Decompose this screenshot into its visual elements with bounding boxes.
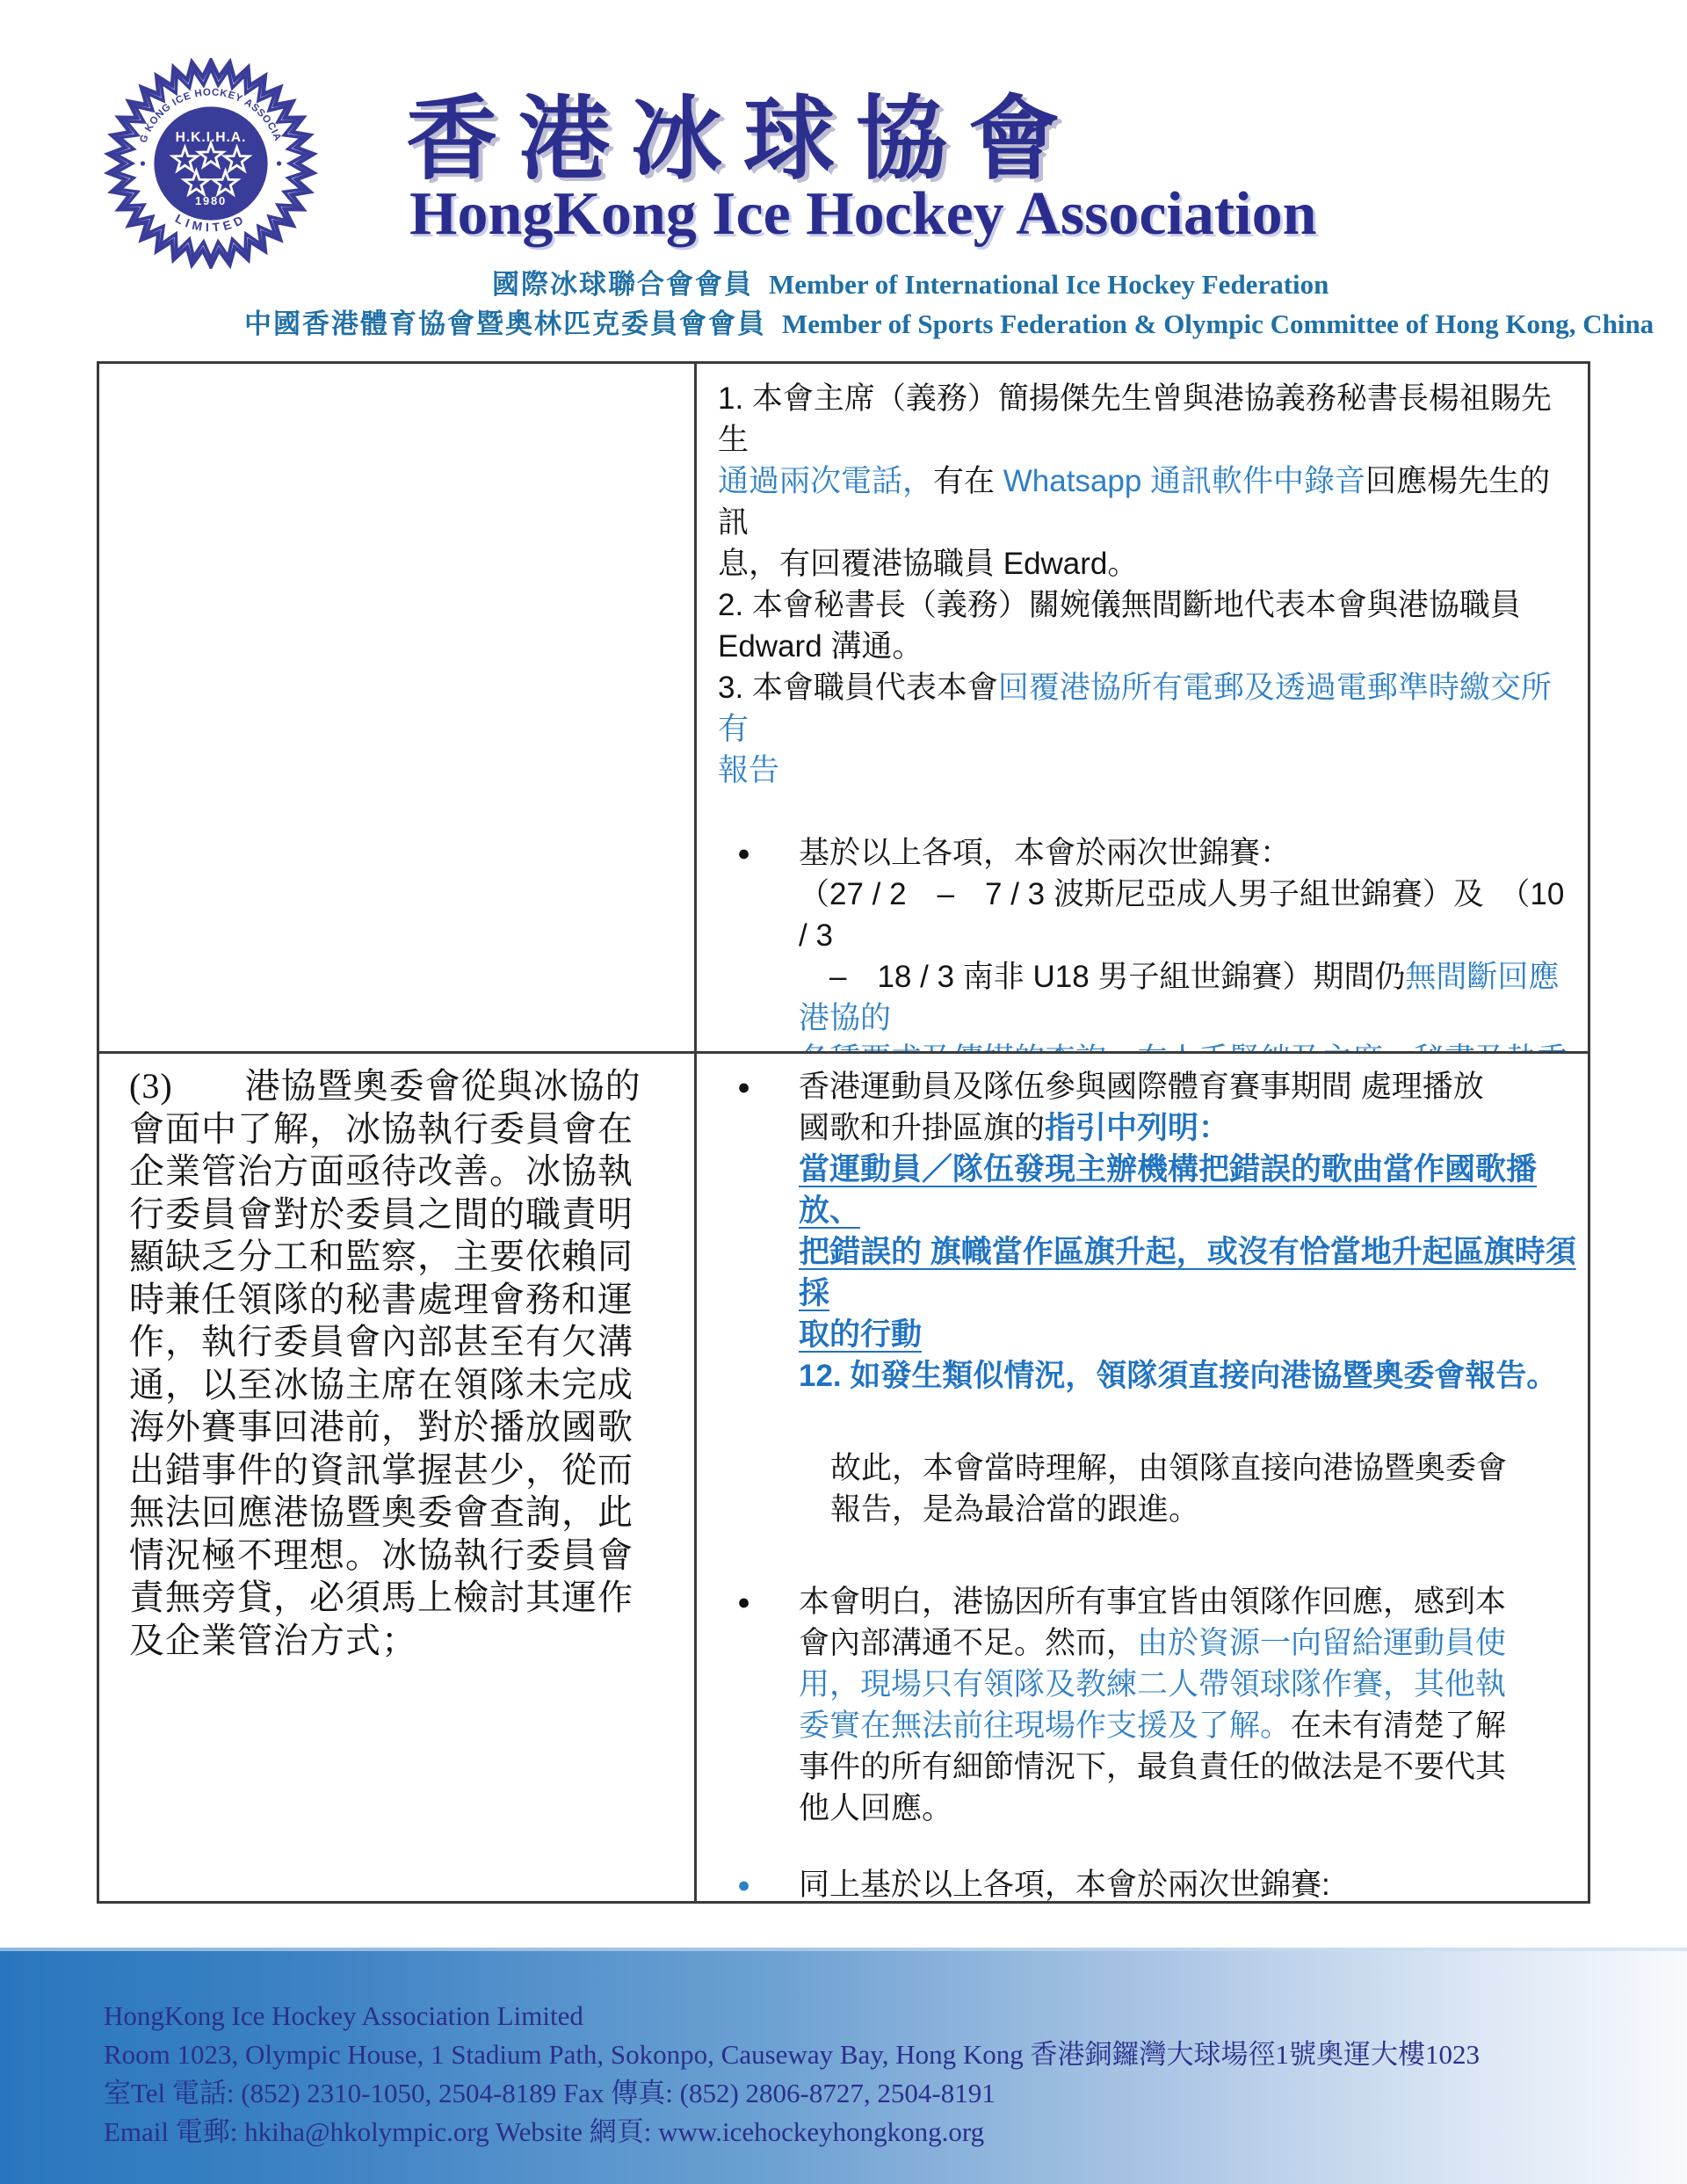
logo-left-dot xyxy=(141,161,145,165)
footer-tel-fax: 室Tel 電話: (852) 2310-1050, 2504-8189 Fax … xyxy=(104,2074,1480,2113)
org-title-zh: 香港冰球協會 xyxy=(406,65,1081,197)
membership-line-sfoc: 中國香港體育協會暨奧林匹克委員會會員Member of Sports Feder… xyxy=(244,301,1654,341)
logo-year: 1980 xyxy=(195,194,227,207)
org-title-en: HongKong Ice Hockey Association xyxy=(409,179,1317,250)
footer-address: Room 1023, Olympic House, 1 Stadium Path… xyxy=(104,2035,1480,2074)
content-table: 1. 本會主席（義務）簡揚傑先生曾與港協義務秘書長楊祖賜先生通過兩次電話，有在 … xyxy=(97,361,1590,1904)
membership-sfoc-en: Member of Sports Federation & Olympic Co… xyxy=(782,308,1654,339)
text-segment: 同上基於以上各項，本會於兩次世錦賽:（27 / 2 – 7 / 3 波斯尼亞成人… xyxy=(799,1868,1564,1901)
paragraph: (3) 港協暨奧委會從與冰協的會面中了解，冰協執行委員會在企業管治方面亟待改善。… xyxy=(129,1065,670,1662)
footer-email-website: Email 電郵: hkiha@hkolympic.org Website 網頁… xyxy=(104,2113,1480,2151)
paragraph: 2. 本會秘書長（義務）關婉儀無間斷地代表本會與港協職員Edward 溝通。 xyxy=(718,584,1578,667)
bullet-icon: ● xyxy=(737,833,750,874)
paragraph: 故此，本會當時理解，由領隊直接向港協暨奧委會報告，是為最洽當的跟進。 xyxy=(718,1448,1578,1530)
bullet-icon: ● xyxy=(737,1865,750,1901)
text-segment: 12. 如發生類似情況，領隊須直接向港協暨奧委會報告。 xyxy=(799,1359,1557,1393)
text-segment: 通過兩次電話， xyxy=(718,464,933,498)
footer-org-name: HongKong Ice Hockey Association Limited xyxy=(104,1997,1480,2035)
bullet-paragraph: ●本會明白，港協因所有事宜皆由領隊作回應，感到本會內部溝通不足。然而，由於資源一… xyxy=(718,1581,1578,1829)
bullet-paragraph: ●同上基於以上各項，本會於兩次世錦賽:（27 / 2 – 7 / 3 波斯尼亞成… xyxy=(718,1864,1578,1901)
footer-contact-block: HongKong Ice Hockey Association Limited … xyxy=(104,1997,1480,2151)
hkiha-logo-icon: HONG KONG ICE HOCKEY ASSOCIATION LIMITED… xyxy=(98,58,323,269)
membership-line-ihf: 國際冰球聯合會會員Member of International Ice Hoc… xyxy=(492,262,1329,301)
bullet-icon: ● xyxy=(737,1582,750,1623)
text-segment: 當運動員／隊伍發現主辦機構把錯誤的歌曲當作國歌播放、把錯誤的 旗幟當作區旗升起，… xyxy=(799,1152,1576,1352)
bullet-paragraph: ●基於以上各項，本會於兩次世錦賽：（27 / 2 – 7 / 3 波斯尼亞成人男… xyxy=(718,832,1578,1051)
bullet-paragraph: ●香港運動員及隊伍參與國際體育賽事期間 處理播放國歌和升掛區旗的指引中列明：當運… xyxy=(718,1066,1578,1397)
membership-ihf-zh: 國際冰球聯合會會員 xyxy=(492,269,753,300)
text-segment: Whatsapp 通訊軟件中錄音 xyxy=(1003,464,1365,498)
membership-ihf-en: Member of International Ice Hockey Feder… xyxy=(769,269,1329,300)
text-segment: 故此，本會當時理解，由領隊直接向港協暨奧委會報告，是為最洽當的跟進。 xyxy=(830,1451,1507,1527)
text-segment: 1. 本會主席（義務）簡揚傑先生曾與港協義務秘書長楊祖賜先生 xyxy=(718,381,1552,457)
bullet-icon: ● xyxy=(737,1067,750,1108)
text-segment: 3. 本會職員代表本會 xyxy=(718,671,998,705)
table-cell-row1-right: 1. 本會主席（義務）簡揚傑先生曾與港協義務秘書長楊祖賜先生通過兩次電話，有在 … xyxy=(697,364,1590,1051)
paragraph: 1. 本會主席（義務）簡揚傑先生曾與港協義務秘書長楊祖賜先生通過兩次電話，有在 … xyxy=(718,378,1578,584)
paragraph: 3. 本會職員代表本會回覆港協所有電郵及透過電郵準時繳交所有報告 xyxy=(718,667,1578,791)
document-page: HONG KONG ICE HOCKEY ASSOCIATION LIMITED… xyxy=(0,0,1687,2184)
text-segment: 2. 本會秘書長（義務）關婉儀無間斷地代表本會與港協職員Edward 溝通。 xyxy=(718,588,1521,664)
footer-band: HongKong Ice Hockey Association Limited … xyxy=(0,1948,1687,2184)
text-segment: (3) 港協暨奧委會從與冰協的會面中了解，冰協執行委員會在企業管治方面亟待改善。… xyxy=(129,1066,641,1660)
table-cell-row2-left: (3) 港協暨奧委會從與冰協的會面中了解，冰協執行委員會在企業管治方面亟待改善。… xyxy=(99,1054,694,1901)
table-cell-row2-right: ●香港運動員及隊伍參與國際體育賽事期間 處理播放國歌和升掛區旗的指引中列明：當運… xyxy=(697,1054,1590,1901)
table-cell-row1-left xyxy=(99,364,694,1051)
text-segment: 指引中列明： xyxy=(1045,1111,1229,1145)
logo-right-dot xyxy=(277,161,281,165)
membership-sfoc-zh: 中國香港體育協會暨奧林匹克委員會會員 xyxy=(244,308,766,339)
text-segment: 有在 xyxy=(933,464,1003,498)
